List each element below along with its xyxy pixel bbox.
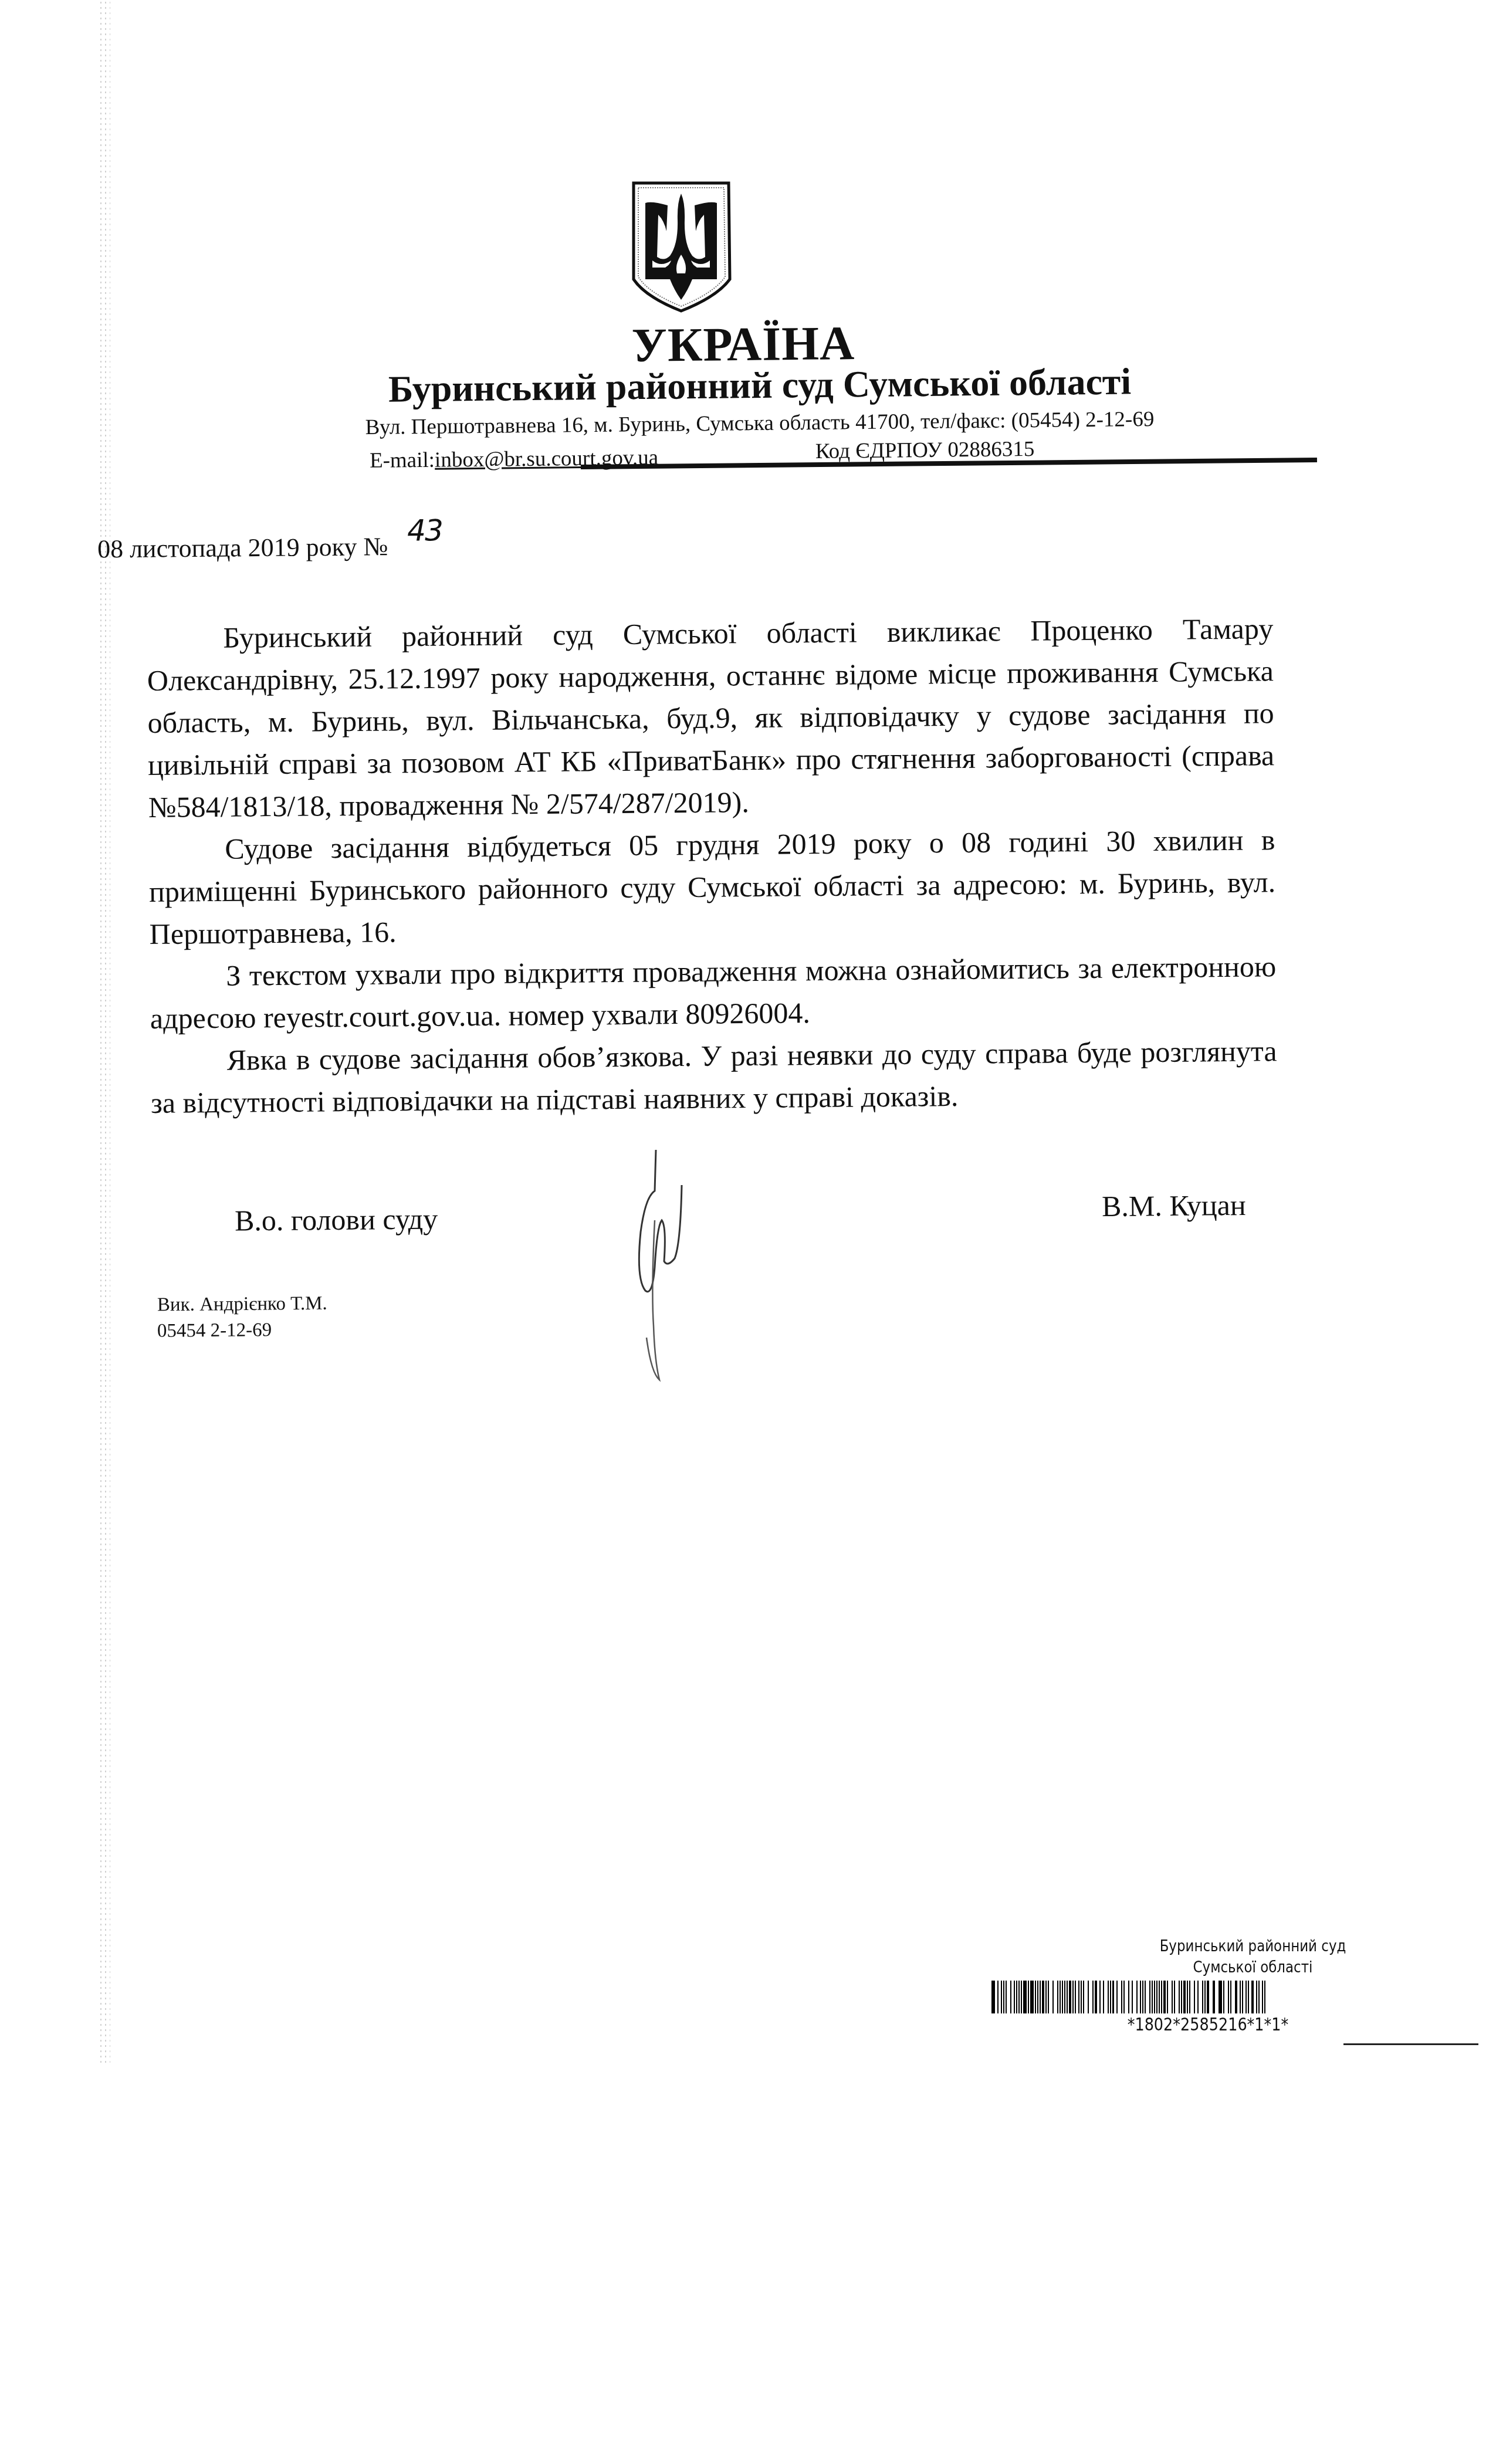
body-paragraph: Судове засідання відбудеться 05 грудня 2… (148, 818, 1276, 955)
body-paragraph: З текстом ухвали про відкриття проваджен… (150, 945, 1277, 1040)
signatory-role: В.о. голови суду (235, 1201, 438, 1237)
ukraine-trident-icon (629, 180, 733, 313)
edrpou-code: Код ЄДРПОУ 02886315 (815, 436, 1035, 464)
executor-phone: 05454 2-12-69 (157, 1319, 272, 1342)
letter-date: 08 листопада 2019 року № (97, 532, 388, 563)
stamp-title-line1: Буринський районний суд (1028, 1936, 1447, 1957)
executor-name: Вик. Андрієнко Т.М. (157, 1293, 327, 1316)
registry-stamp: Буринський районний суд Сумської області… (991, 1936, 1484, 2035)
handwritten-number: 43 (407, 513, 442, 548)
letter-date-number: 08 листопада 2019 року № 43 (97, 528, 430, 565)
contact-line: E-mail: inbox@br.su.court.gov.ua Код ЄДР… (370, 439, 1250, 473)
body-paragraph: Буринський районний суд Сумської області… (147, 607, 1275, 828)
email-label: E-mail: (370, 448, 435, 473)
handwritten-signature-icon (610, 1150, 739, 1385)
stamp-underline (1343, 2043, 1478, 2045)
letter-body: Буринський районний суд Сумської області… (147, 607, 1277, 1124)
barcode-icon (991, 1981, 1484, 2013)
stamp-title-line2: Сумської області (1028, 1957, 1447, 1978)
scan-edge-artifact (99, 0, 110, 2065)
barcode-text: *1802*2585216*1*1* (1028, 2015, 1447, 2035)
body-paragraph: Явка в судове засідання обов’язкова. У р… (150, 1030, 1277, 1124)
signatory-name: В.М. Куцан (1102, 1188, 1246, 1223)
